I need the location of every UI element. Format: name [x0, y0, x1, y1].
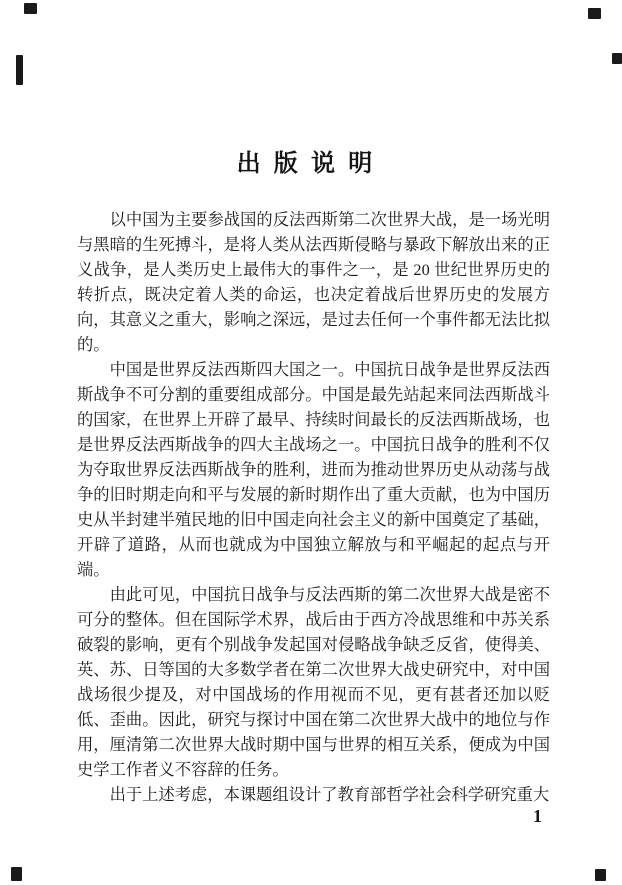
body-paragraph-4: 出于上述考虑，本课题组设计了教育部哲学社会科学研究重大 [77, 782, 550, 807]
body-paragraph-3: 由此可见，中国抗日战争与反法西斯的第二次世界大战是密不可分的整体。但在国际学术界… [77, 582, 550, 782]
scan-artifact-bottom-left [11, 867, 22, 881]
scan-artifact-top-right [588, 8, 601, 19]
body-paragraph-2: 中国是世界反法西斯四大国之一。中国抗日战争是世界反法西斯战争不可分割的重要组成部… [77, 357, 550, 582]
body-text-block: 以中国为主要参战国的反法西斯第二次世界大战，是一场光明与黑暗的生死搏斗，是将人类… [77, 207, 550, 807]
scan-artifact-right-edge [612, 53, 622, 64]
scan-artifact-top-left [24, 3, 37, 14]
scan-artifact-bottom-right [595, 869, 606, 881]
scanned-book-page: 出版说明 以中国为主要参战国的反法西斯第二次世界大战，是一场光明与黑暗的生死搏斗… [0, 0, 622, 885]
body-paragraph-1: 以中国为主要参战国的反法西斯第二次世界大战，是一场光明与黑暗的生死搏斗，是将人类… [77, 207, 550, 357]
page-title: 出版说明 [0, 143, 622, 178]
page-number: 1 [77, 806, 550, 827]
scan-artifact-left-edge [16, 55, 23, 85]
